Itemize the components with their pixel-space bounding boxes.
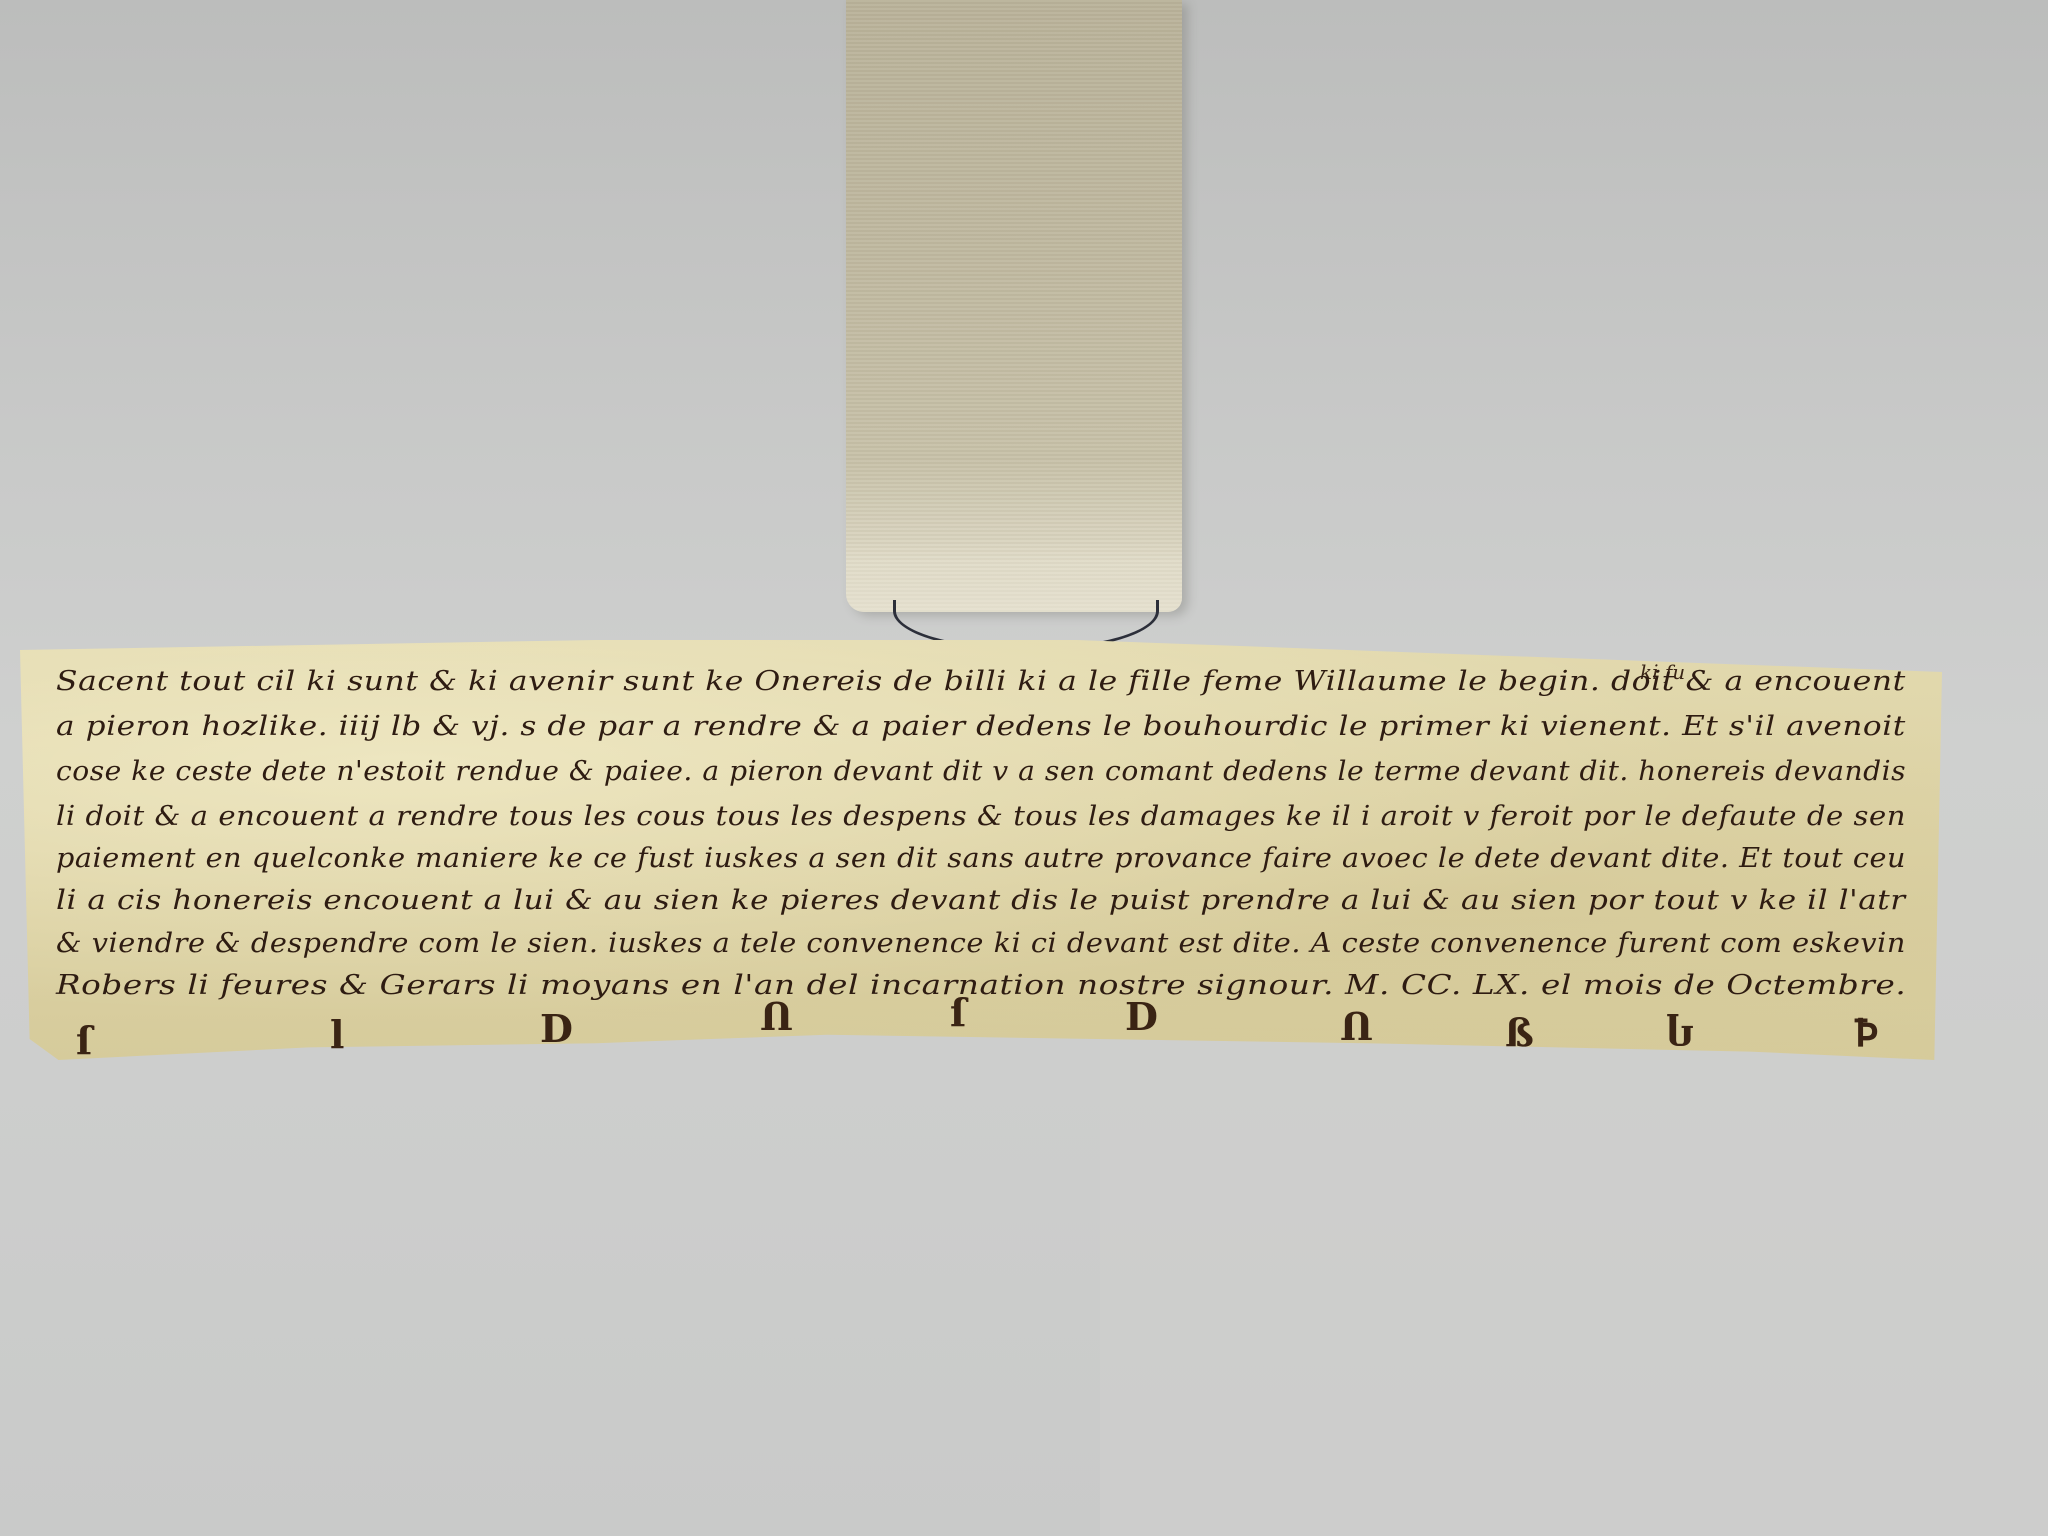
chirograph-mark: Ո bbox=[1340, 1004, 1373, 1049]
manuscript-line-6: li a cis honereis encouent a lui & au si… bbox=[56, 885, 1906, 916]
chirograph-mark: Ꝥ bbox=[1855, 1010, 1878, 1055]
chirograph-mark: l bbox=[330, 1012, 344, 1057]
chirograph-mark: Ⴑ bbox=[1665, 1010, 1695, 1055]
background-lower-right bbox=[1100, 1020, 2048, 1536]
cloth-storage-roll bbox=[846, 0, 1182, 612]
chirograph-mark: D bbox=[1125, 994, 1158, 1039]
manuscript-line-4: li doit & a encouent a rendre tous les c… bbox=[56, 801, 1906, 832]
chirograph-mark: D bbox=[540, 1006, 573, 1051]
chirograph-mark: ſ bbox=[950, 990, 966, 1035]
manuscript-line-3: cose ke ceste dete n'estoit rendue & pai… bbox=[56, 756, 1906, 787]
manuscript-line-7: & viendre & despendre com le sien. iuske… bbox=[56, 928, 1906, 959]
manuscript-line-2: a pieron hozlike. iiij lb & vj. s de par… bbox=[56, 711, 1906, 742]
chirograph-mark: ſ bbox=[76, 1018, 92, 1063]
manuscript-line-5: paiement en quelconke maniere ke ce fust… bbox=[56, 843, 1906, 874]
manuscript-line-1: Sacent tout cil ki sunt & ki avenir sunt… bbox=[56, 666, 1906, 697]
manuscript-line-8: Robers li feures & Gerars li moyans en l… bbox=[56, 970, 1906, 1001]
chirograph-mark: Ո bbox=[760, 994, 793, 1039]
chirograph-mark: ß bbox=[1505, 1010, 1534, 1055]
